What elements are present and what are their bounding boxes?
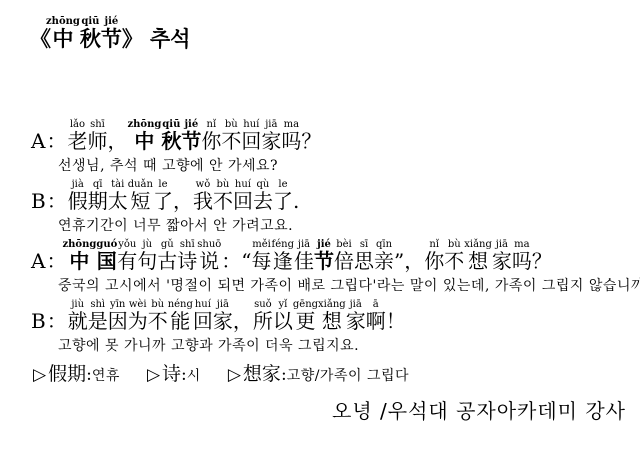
hanzi-char: 有yǒu — [117, 249, 137, 273]
hanzi-char: ， — [173, 189, 193, 213]
hanzi-char: 古gǔ — [157, 249, 177, 273]
hanzi-char: ， — [107, 129, 127, 153]
hanzi-char: 回huí — [233, 189, 253, 213]
pinyin-annotation: jù — [137, 239, 157, 250]
pinyin-annotation: wèi — [128, 299, 148, 310]
hanzi-row: B：就jiù是shì因yīn为wèi不bù能néng回huí家jiā，所suǒ以… — [31, 299, 633, 334]
pinyin-annotation: shì — [88, 299, 108, 310]
pinyin-annotation: féng — [272, 239, 294, 250]
pinyin-annotation: zhōng — [62, 239, 96, 250]
hanzi-char: 佳jiā — [294, 249, 314, 273]
pinyin-annotation: ma — [512, 239, 532, 250]
dialog-line: B：就jiù是shì因yīn为wèi不bù能néng回huí家jiā，所suǒ以… — [31, 299, 633, 359]
hanzi-char: 吗ma — [512, 249, 532, 273]
hanzi-char: 假jià — [68, 189, 88, 213]
korean-translation: 고향에 못 가니까 고향과 가족이 더욱 그립지요. — [58, 335, 633, 355]
pinyin-annotation: qī — [88, 179, 108, 190]
pinyin-annotation: shuō — [197, 239, 221, 250]
pinyin-annotation: tài — [108, 179, 128, 190]
vocab-term: 假期 — [48, 363, 86, 385]
hanzi-char: 啊ā — [366, 309, 386, 333]
pinyin-annotation: lǎo — [67, 119, 87, 130]
hanzi-char: 秋qiū — [161, 129, 181, 153]
hanzi-char: 期qī — [88, 189, 108, 213]
hanzi-char: 不bù — [148, 309, 168, 333]
korean-translation: 선생님, 추석 때 고향에 안 가세요? — [58, 155, 633, 175]
pinyin-annotation: duǎn — [128, 179, 153, 190]
triangle-bullet-icon: ▷ — [228, 365, 241, 385]
credit-line: 오녕 /우석대 공자아카데미 강사 — [332, 395, 626, 424]
hanzi-char: 是shì — [88, 309, 108, 333]
pinyin-annotation: wǒ — [193, 179, 213, 190]
hanzi-char: 你nǐ — [424, 249, 444, 273]
pinyin-annotation: zhōng — [127, 119, 161, 130]
page-title: 《中zhōng秋qiū节jié》추석 — [30, 16, 190, 53]
hanzi-char: ， — [233, 309, 253, 333]
pinyin-annotation: yǒu — [117, 239, 137, 250]
hanzi-char: 节jié — [181, 129, 201, 153]
pinyin-annotation: nǐ — [201, 119, 221, 130]
pinyin-annotation: jiā — [492, 239, 512, 250]
hanzi-char: 所suǒ — [253, 309, 273, 333]
speaker-label: B： — [31, 189, 68, 213]
pinyin-annotation: huí — [233, 179, 253, 190]
hanzi-char: 不bù — [213, 189, 233, 213]
pinyin-annotation: le — [153, 179, 173, 190]
triangle-bullet-icon: ▷ — [147, 365, 160, 385]
pinyin-annotation: qiū — [161, 119, 181, 130]
hanzi-char: 每měi — [252, 249, 272, 273]
hanzi-char: 以yǐ — [273, 309, 293, 333]
title-korean: 추석 — [150, 26, 191, 51]
hanzi-char: 家jiā — [346, 309, 366, 333]
hanzi-char: 句jù — [137, 249, 157, 273]
pinyin-annotation: qù — [253, 179, 273, 190]
pinyin-annotation: jié — [101, 16, 122, 27]
dialog-line: A：老lǎo师shī，中zhōng秋qiū节jié你nǐ不bù回huí家jiā吗… — [31, 119, 633, 179]
hanzi-char: 我wǒ — [193, 189, 213, 213]
hanzi-char: 师shī — [87, 129, 107, 153]
hanzi-char: ， — [404, 249, 424, 273]
pinyin-annotation: xiǎng — [318, 299, 346, 310]
dialog: A：老lǎo师shī，中zhōng秋qiū节jié你nǐ不bù回huí家jiā吗… — [31, 119, 633, 359]
hanzi-char: ： — [221, 249, 241, 273]
hanzi-char: 太tài — [108, 189, 128, 213]
korean-translation: 연휴기간이 너무 짧아서 안 가려고요. — [58, 215, 633, 235]
hanzi-row: B：假jià期qī太tài短duǎn了le，我wǒ不bù回huí去qù了le. — [31, 179, 633, 214]
pinyin-annotation: shī — [177, 239, 197, 250]
pinyin-annotation: le — [273, 179, 293, 190]
hanzi-char: 不bù — [221, 129, 241, 153]
pinyin-annotation: ā — [366, 299, 386, 310]
pinyin-annotation: měi — [252, 239, 272, 250]
hanzi-row: A：老lǎo师shī，中zhōng秋qiū节jié你nǐ不bù回huí家jiā吗… — [31, 119, 633, 154]
pinyin-annotation: suǒ — [253, 299, 273, 310]
pinyin-annotation: gǔ — [157, 239, 177, 250]
hanzi-char: ！ — [386, 309, 406, 333]
hanzi-char: 吗ma — [281, 129, 301, 153]
pinyin-annotation: jié — [181, 119, 201, 130]
hanzi-char: 亲qīn — [374, 249, 394, 273]
dialog-line: A：中zhōng国guó有yǒu句jù古gǔ诗shī说shuō：“每měi逢fé… — [31, 239, 633, 299]
pinyin-annotation: bù — [213, 179, 233, 190]
hanzi-char: 说shuō — [197, 249, 221, 273]
speaker-label: A： — [31, 129, 67, 153]
hanzi-char: 逢féng — [272, 249, 294, 273]
hanzi-char: ” — [394, 249, 404, 273]
triangle-bullet-icon: ▷ — [33, 365, 46, 385]
pinyin-annotation: jiù — [68, 299, 88, 310]
hanzi-char: ？ — [532, 249, 552, 273]
title-hanzi: 中zhōng秋qiū节jié — [51, 26, 122, 51]
pinyin-annotation: bù — [221, 119, 241, 130]
hanzi-char: . — [293, 189, 299, 213]
hanzi-char: 能néng — [168, 309, 193, 333]
pinyin-annotation: guó — [96, 239, 117, 250]
hanzi-char: 家jiā — [492, 249, 512, 273]
hanzi-row: A：中zhōng国guó有yǒu句jù古gǔ诗shī说shuō：“每měi逢fé… — [31, 239, 633, 274]
korean-translation: 중국의 고시에서 '명절이 되면 가족이 배로 그립다'라는 말이 있는데, 가… — [58, 275, 633, 295]
hanzi-char: ？ — [301, 129, 321, 153]
hanzi-char: 你nǐ — [201, 129, 221, 153]
pinyin-annotation: bù — [148, 299, 168, 310]
hanzi-char: 思sī — [354, 249, 374, 273]
pinyin-annotation: jià — [68, 179, 88, 190]
pinyin-annotation: zhōng — [46, 16, 80, 27]
hanzi-char: 节jié — [101, 26, 122, 51]
hanzi-char: 中zhōng — [127, 129, 161, 153]
hanzi-char: 回huí — [193, 309, 213, 333]
vocab-item: ▷想家:고향/가족이 그립다 — [228, 363, 409, 385]
vocab-gloss: 시 — [187, 368, 201, 384]
hanzi-char: 中zhōng — [51, 26, 80, 51]
pinyin-annotation: huí — [193, 299, 213, 310]
hanzi-char: 想xiǎng — [464, 249, 492, 273]
hanzi-char: 倍bèi — [334, 249, 354, 273]
hanzi-char: 不bù — [444, 249, 464, 273]
hanzi-char: 中zhōng — [67, 249, 96, 273]
vocab-list: ▷假期:연휴 ▷诗:시 ▷想家:고향/가족이 그립다 — [33, 359, 430, 386]
dialog-line: B：假jià期qī太tài短duǎn了le，我wǒ不bù回huí去qù了le.연… — [31, 179, 633, 239]
pinyin-annotation: yǐ — [273, 299, 293, 310]
vocab-term: 诗 — [162, 363, 181, 385]
hanzi-char: 诗shī — [177, 249, 197, 273]
pinyin-annotation: shī — [87, 119, 107, 130]
vocab-item: ▷诗:시 — [147, 363, 201, 385]
pinyin-annotation: bèi — [334, 239, 354, 250]
pinyin-annotation: jiā — [261, 119, 281, 130]
pinyin-annotation: xiǎng — [464, 239, 492, 250]
pinyin-annotation: jiā — [294, 239, 314, 250]
hanzi-char: 了le — [153, 189, 173, 213]
hanzi-char: 了le — [273, 189, 293, 213]
hanzi-char: 家jiā — [261, 129, 281, 153]
hanzi-char: 去qù — [253, 189, 273, 213]
pinyin-annotation: nǐ — [424, 239, 444, 250]
vocab-gloss: 고향/가족이 그립다 — [287, 368, 409, 384]
vocab-gloss: 연휴 — [92, 368, 120, 384]
pinyin-annotation: gēng — [293, 299, 318, 310]
hanzi-char: 家jiā — [213, 309, 233, 333]
hanzi-char: 秋qiū — [80, 26, 101, 51]
pinyin-annotation: bù — [444, 239, 464, 250]
pinyin-annotation: qiū — [80, 16, 101, 27]
pinyin-annotation: qīn — [374, 239, 394, 250]
hanzi-char: 老lǎo — [67, 129, 87, 153]
pinyin-annotation: néng — [168, 299, 193, 310]
pinyin-annotation: sī — [354, 239, 374, 250]
vocab-term: 想家 — [243, 363, 281, 385]
hanzi-char: 想xiǎng — [318, 309, 346, 333]
hanzi-char: 就jiù — [68, 309, 88, 333]
hanzi-char: 更gēng — [293, 309, 318, 333]
pinyin-annotation: jiā — [346, 299, 366, 310]
hanzi-char: 短duǎn — [128, 189, 153, 213]
vocab-item: ▷假期:연휴 — [33, 363, 120, 385]
pinyin-annotation: ma — [281, 119, 301, 130]
hanzi-char: 因yīn — [108, 309, 128, 333]
hanzi-char: 为wèi — [128, 309, 148, 333]
speaker-label: B： — [31, 309, 68, 333]
hanzi-char: 国guó — [96, 249, 117, 273]
pinyin-annotation: jiā — [213, 299, 233, 310]
pinyin-annotation: yīn — [108, 299, 128, 310]
hanzi-char: 节jié — [314, 249, 334, 273]
title-bracket-close: 》 — [122, 26, 143, 51]
hanzi-char: “ — [241, 249, 251, 273]
pinyin-annotation: huí — [241, 119, 261, 130]
pinyin-annotation: jié — [314, 239, 334, 250]
hanzi-char: 回huí — [241, 129, 261, 153]
